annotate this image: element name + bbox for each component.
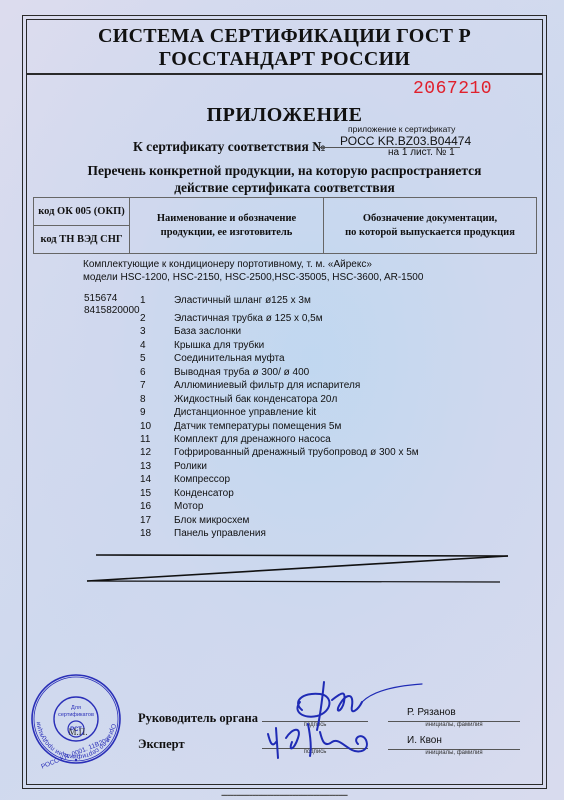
head-role-label: Руководитель органа (138, 711, 258, 726)
svg-text:сертификатов: сертификатов (58, 712, 94, 718)
expert-role-label: Эксперт (138, 737, 185, 752)
official-stamp-icon: Орган по сертификации продукции СТР Даль… (31, 667, 121, 771)
svg-text:Для: Для (71, 705, 81, 711)
handwritten-signatures-icon (262, 672, 442, 764)
printer-imprint: ▂▂▂▂▂▂▂▂▂▂▂▂▂▂▂▂▂▂▂▂▂▂▂▂▂▂▂▂▂▂▂▂▂▂▂▂▂▂▂▂… (26, 791, 543, 796)
svg-text:М.П.: М.П. (68, 727, 87, 737)
